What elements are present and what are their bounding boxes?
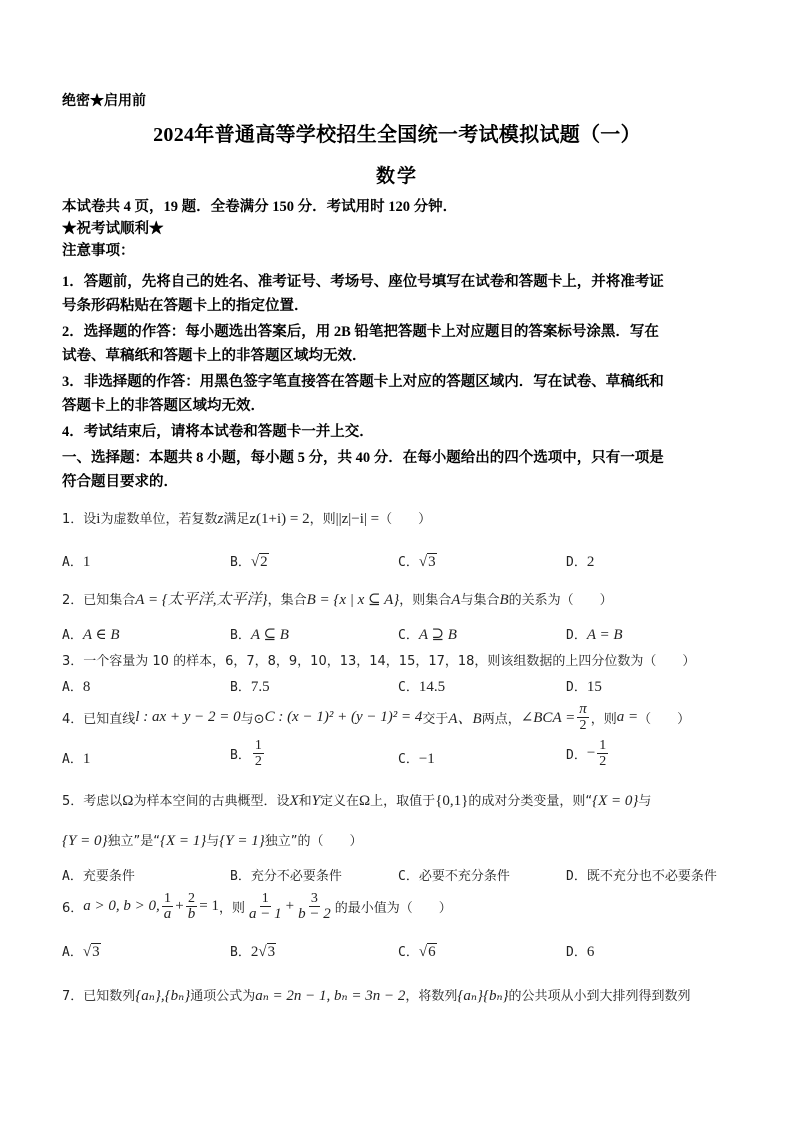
q1-option-c: C．√3 — [398, 551, 437, 571]
q5-option-a: A．充要条件 — [62, 865, 135, 884]
q6-option-d: D．6 — [566, 941, 594, 961]
q2-option-a: A．A ∈ B — [62, 624, 120, 644]
q2-option-d: D．A = B — [566, 624, 623, 644]
fraction: 1a − 1 — [247, 891, 284, 922]
q2-option-c: C．A ⊇ B — [398, 624, 457, 644]
section-heading: 一、选择题：本题共 8 小题，每小题 5 分，共 40 分．在每小题给出的四个选… — [62, 447, 664, 469]
question-6-stem: 6．a > 0, b > 0,1a+2b= 1，则1a − 1+3b − 2的最… — [62, 886, 452, 926]
q2-option-b: B．A ⊆ B — [230, 624, 289, 644]
question-number: 4． — [62, 708, 83, 727]
q3-option-d: D．15 — [566, 676, 602, 696]
question-1-stem: 1．设i为虚数单位，若复数z满足z(1+i) = 2，则||z|−i| =（ ） — [62, 508, 431, 528]
exam-title: 2024年普通高等学校招生全国统一考试模拟试题（一） — [0, 118, 794, 147]
fraction: 12 — [597, 738, 608, 769]
note-line: 2．选择题的作答：每小题选出答案后，用 2B 铅笔把答题卡上对应题目的答案标号涂… — [62, 321, 659, 343]
question-5-stem-line-1: 5．考虑以Ω为样本空间的古典概型．设X和Y定义在Ω上，取值于{0,1}的成对分类… — [62, 790, 651, 810]
fraction: 2b — [186, 891, 198, 922]
question-3-stem: 3．一个容量为 10 的样本，6，7，8，9，10，13，14，15，17，18… — [62, 650, 695, 669]
sqrt-symbol: √2 — [251, 553, 269, 570]
q1-option-b: B．√2 — [230, 551, 269, 571]
fraction: π2 — [577, 702, 589, 733]
sqrt-symbol: √3 — [258, 943, 276, 960]
section-heading: 符合题目要求的． — [62, 471, 178, 493]
question-number: 6． — [62, 897, 83, 916]
fraction: 3b − 2 — [296, 891, 333, 922]
fraction: 12 — [253, 738, 264, 769]
sqrt-symbol: √6 — [419, 943, 437, 960]
q6-option-a: A．√3 — [62, 941, 101, 961]
sqrt-symbol: √3 — [83, 943, 101, 960]
confidential-label: 绝密★启用前 — [62, 90, 146, 110]
q1-option-a: A．1 — [62, 551, 90, 571]
q3-option-b: B．7.5 — [230, 676, 270, 696]
note-line: 答题卡上的非答题区域均无效． — [62, 395, 265, 417]
question-4-stem: 4．已知直线l : ax + y − 2 = 0与⊙C : (x − 1)² +… — [62, 700, 690, 734]
good-luck-line: ★祝考试顺利★ — [62, 218, 164, 240]
q3-option-c: C．14.5 — [398, 676, 445, 696]
note-line: 号条形码粘贴在答题卡上的指定位置． — [62, 295, 309, 317]
q4-option-b: B．12 — [230, 738, 266, 769]
note-line: 3．非选择题的作答：用黑色签字笔直接答在答题卡上对应的答题区域内．写在试卷、草稿… — [62, 371, 664, 393]
q1-option-d: D．2 — [566, 551, 594, 571]
question-number: 7． — [62, 989, 83, 1004]
q5-option-b: B．充分不必要条件 — [230, 865, 342, 884]
question-7-stem: 7．已知数列{aₙ},{bₙ}通项公式为aₙ = 2n − 1, bₙ = 3n… — [62, 985, 691, 1005]
subject-title: 数学 — [0, 161, 794, 188]
note-line: 1．答题前，先将自己的姓名、准考证号、考场号、座位号填写在试卷和答题卡上，并将准… — [62, 271, 664, 293]
notes-title: 注意事项： — [62, 240, 135, 262]
q4-option-a: A．1 — [62, 748, 90, 768]
exam-info: 本试卷共 4 页，19 题．全卷满分 150 分．考试用时 120 分钟． — [62, 196, 457, 218]
question-number: 3． — [62, 654, 83, 669]
fraction: 1a — [162, 891, 174, 922]
question-2-stem: 2．已知集合A = {太平洋,太平洋}，集合B = {x | x ⊆ A}，则集… — [62, 588, 613, 609]
q4-option-c: C．−1 — [398, 748, 435, 768]
question-number: 2． — [62, 593, 83, 608]
q5-option-c: C．必要不充分条件 — [398, 865, 510, 884]
sqrt-symbol: √3 — [419, 553, 437, 570]
question-5-stem-line-2: {Y = 0}独立”是“{X = 1}与{Y = 1}独立”的（ ） — [62, 830, 362, 850]
q3-option-a: A．8 — [62, 676, 90, 696]
q4-option-d: D．−12 — [566, 738, 610, 769]
question-number: 5． — [62, 794, 83, 809]
q5-option-d: D．既不充分也不必要条件 — [566, 865, 717, 884]
note-line: 试卷、草稿纸和答题卡上的非答题区域均无效． — [62, 345, 367, 367]
question-number: 1． — [62, 512, 83, 527]
q6-option-b: B．2√3 — [230, 941, 276, 961]
note-line: 4．考试结束后，请将本试卷和答题卡一并上交． — [62, 421, 374, 443]
q6-option-c: C．√6 — [398, 941, 437, 961]
